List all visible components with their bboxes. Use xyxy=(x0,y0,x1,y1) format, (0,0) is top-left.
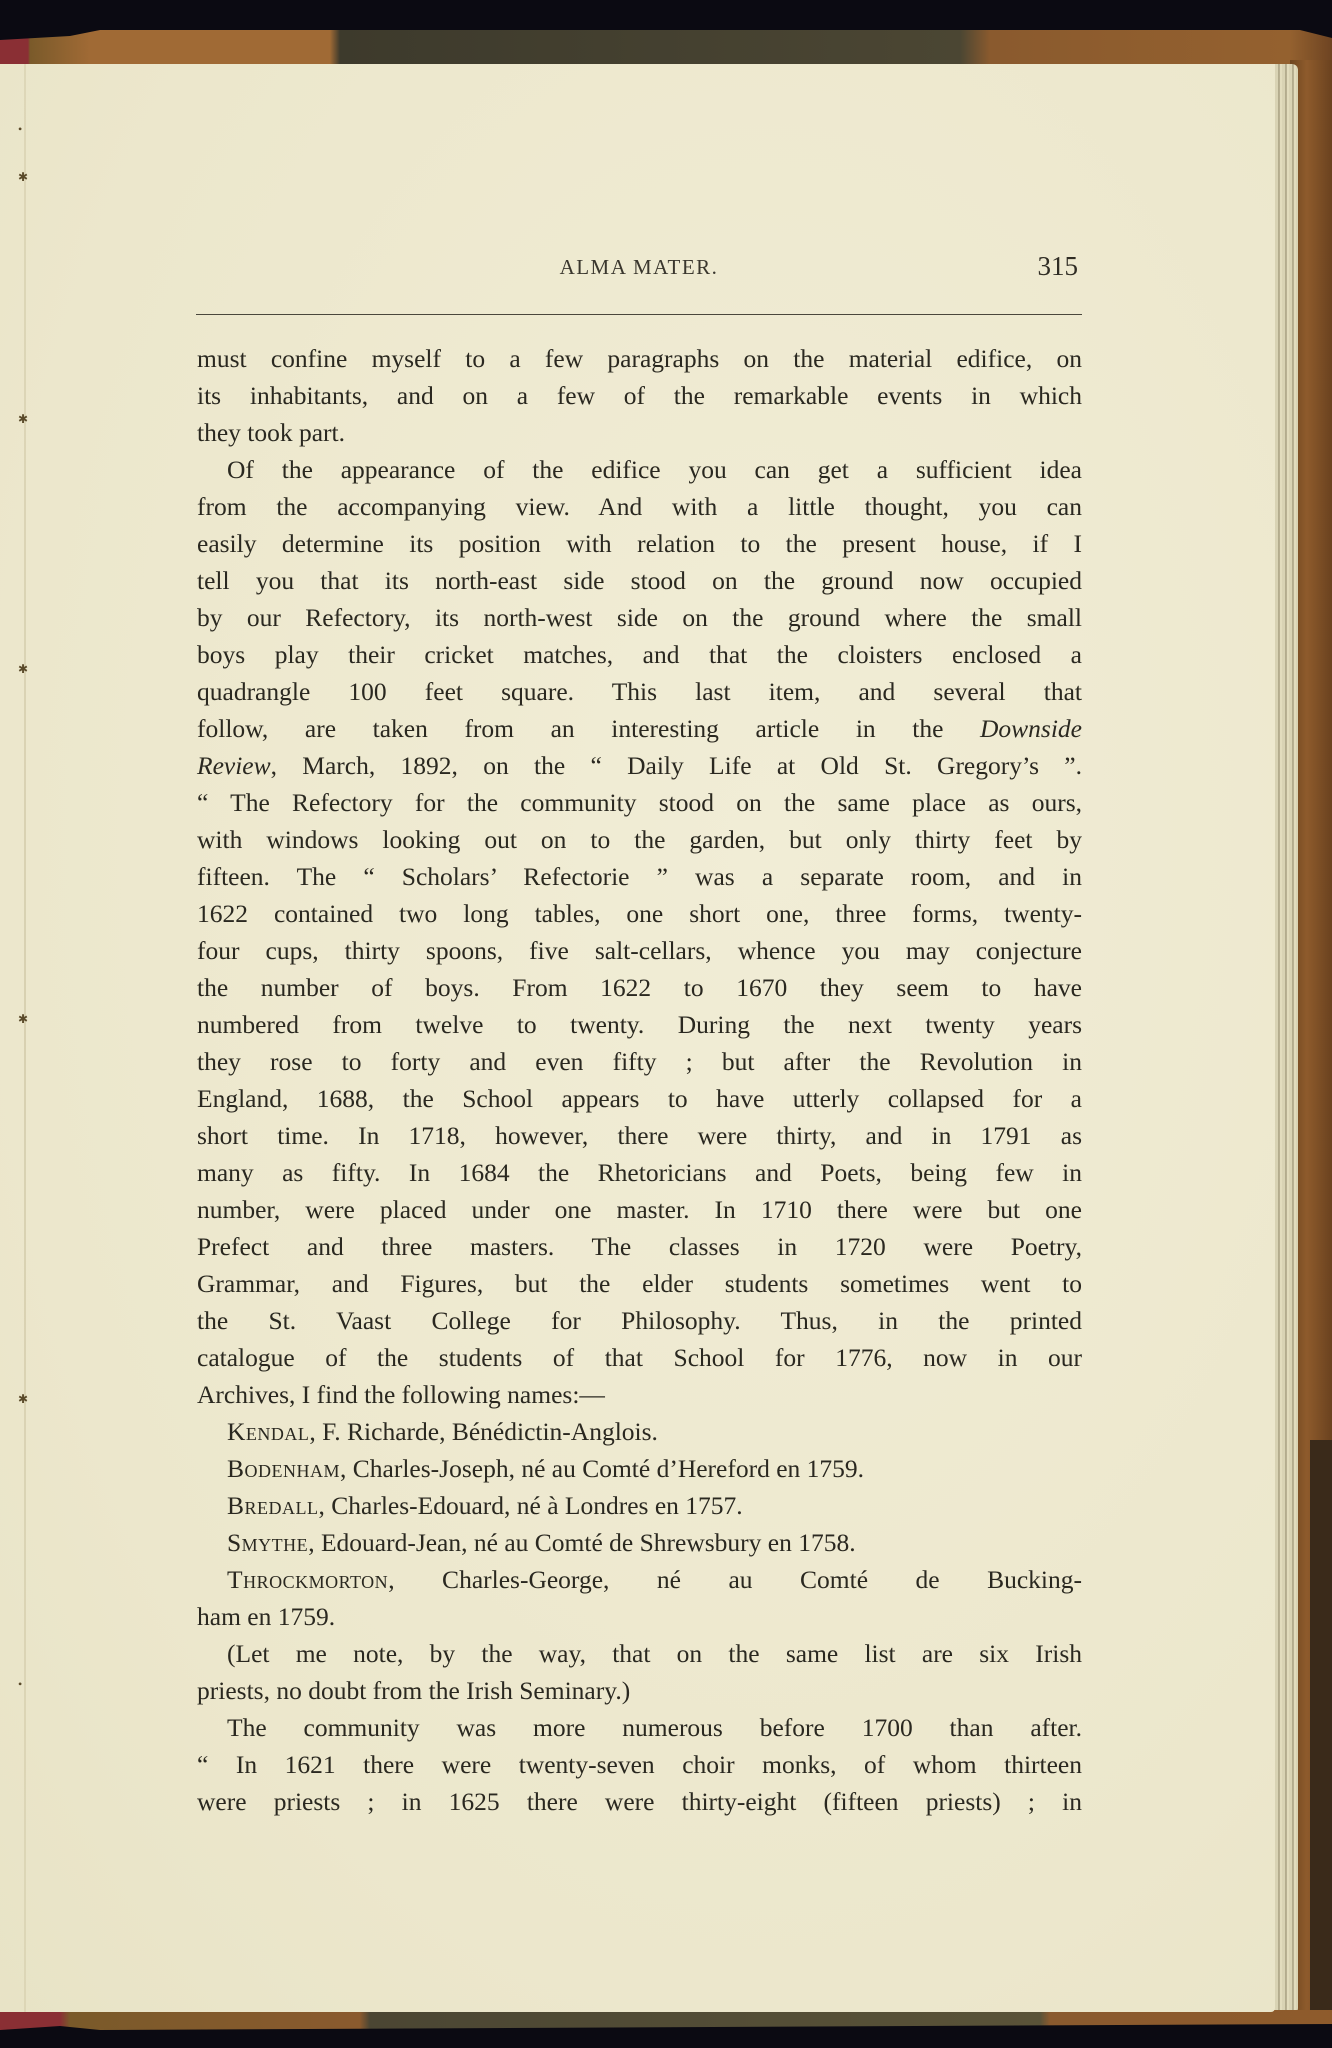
text-line: must confine myself to a few paragraphs … xyxy=(197,340,1082,377)
text-line: by our Refectory, its north-west side on… xyxy=(197,599,1082,636)
student-name-entry: Smythe, Edouard-Jean, né au Comté de Shr… xyxy=(197,1524,1082,1561)
page-number: 315 xyxy=(1038,251,1079,282)
gutter-stitch-icon: ✱ xyxy=(18,1394,28,1404)
text-line: Grammar, and Figures, but the elder stud… xyxy=(197,1265,1082,1302)
text-line: they rose to forty and even fifty ; but … xyxy=(197,1043,1082,1080)
text-line: Archives, I find the following names:— xyxy=(197,1376,1082,1413)
text-line: were priests ; in 1625 there were thirty… xyxy=(197,1783,1082,1820)
gutter-stitch-icon: ✱ xyxy=(18,664,28,674)
journal-title-italic: Review xyxy=(197,751,271,780)
text-line: short time. In 1718, however, there were… xyxy=(197,1117,1082,1154)
student-surname: Bodenham xyxy=(227,1454,340,1483)
book-binding-corner xyxy=(1310,1440,1332,2020)
student-name-entry: Kendal, F. Richarde, Bénédictin-Anglois. xyxy=(197,1413,1082,1450)
text-line: Prefect and three masters. The classes i… xyxy=(197,1228,1082,1265)
student-details: , Charles-Edouard, né à Londres en 1757. xyxy=(319,1491,743,1520)
text-line: “ The Refectory for the community stood … xyxy=(197,784,1082,821)
paragraph-start: Of the appearance of the edifice you can… xyxy=(197,451,1082,488)
student-surname: Bredall xyxy=(227,1491,319,1520)
student-name-entry: Throckmorton, Charles-George, né au Comt… xyxy=(197,1561,1082,1598)
running-title: ALMA MATER. xyxy=(196,255,1082,280)
text-line: follow, are taken from an interesting ar… xyxy=(197,710,1082,747)
text-line: England, 1688, the School appears to hav… xyxy=(197,1080,1082,1117)
text-line: easily determine its position with relat… xyxy=(197,525,1082,562)
running-head: ALMA MATER. 315 xyxy=(196,253,1082,283)
text-fragment: follow, are taken from an interesting ar… xyxy=(197,714,980,743)
gutter-stitch-icon: ✱ xyxy=(18,1014,28,1024)
student-details: , Charles-George, né au Comté de Bucking… xyxy=(388,1565,1082,1594)
paragraph-start: The community was more numerous before 1… xyxy=(197,1709,1082,1746)
text-line: tell you that its north-east side stood … xyxy=(197,562,1082,599)
student-surname: Smythe xyxy=(227,1528,308,1557)
text-line: numbered from twelve to twenty. During t… xyxy=(197,1006,1082,1043)
text-line: number, were placed under one master. In… xyxy=(197,1191,1082,1228)
text-line: the St. Vaast College for Philosophy. Th… xyxy=(197,1302,1082,1339)
text-line: 1622 contained two long tables, one shor… xyxy=(197,895,1082,932)
student-surname: Kendal xyxy=(227,1417,309,1446)
text-line: ham en 1759. xyxy=(197,1598,1082,1635)
text-line: from the accompanying view. And with a l… xyxy=(197,488,1082,525)
text-line: Review, March, 1892, on the “ Daily Life… xyxy=(197,747,1082,784)
text-line: catalogue of the students of that School… xyxy=(197,1339,1082,1376)
text-line: boys play their cricket matches, and tha… xyxy=(197,636,1082,673)
text-line: four cups, thirty spoons, five salt-cell… xyxy=(197,932,1082,969)
book-binding-bottom xyxy=(0,2010,1332,2030)
header-rule xyxy=(196,314,1082,315)
journal-title-italic: Downside xyxy=(980,714,1082,743)
body-text: must confine myself to a few paragraphs … xyxy=(197,340,1082,1820)
text-fragment: , March, 1892, on the “ Daily Life at Ol… xyxy=(271,751,1082,780)
gutter-stitch-icon: ✱ xyxy=(18,172,28,182)
text-line: fifteen. The “ Scholars’ Refectorie ” wa… xyxy=(197,858,1082,895)
paragraph-start: (Let me note, by the way, that on the sa… xyxy=(197,1635,1082,1672)
text-line: they took part. xyxy=(197,414,1082,451)
student-details: , Edouard-Jean, né au Comté de Shrewsbur… xyxy=(308,1528,855,1557)
text-line: many as fifty. In 1684 the Rhetoricians … xyxy=(197,1154,1082,1191)
student-name-entry: Bredall, Charles-Edouard, né à Londres e… xyxy=(197,1487,1082,1524)
text-line: “ In 1621 there were twenty-seven choir … xyxy=(197,1746,1082,1783)
gutter-stitch-icon: ✱ xyxy=(18,414,28,424)
text-line: its inhabitants, and on a few of the rem… xyxy=(197,377,1082,414)
student-details: , Charles-Joseph, né au Comté d’Hereford… xyxy=(340,1454,864,1483)
gutter-stitch-icon: • xyxy=(18,124,28,134)
student-details: , F. Richarde, Bénédictin-Anglois. xyxy=(309,1417,658,1446)
text-line: with windows looking out on to the garde… xyxy=(197,821,1082,858)
book-binding-top xyxy=(0,30,1332,68)
student-surname: Throckmorton xyxy=(227,1565,388,1594)
student-name-entry: Bodenham, Charles-Joseph, né au Comté d’… xyxy=(197,1450,1082,1487)
text-line: quadrangle 100 feet square. This last it… xyxy=(197,673,1082,710)
text-line: priests, no doubt from the Irish Seminar… xyxy=(197,1672,1082,1709)
gutter-line xyxy=(24,64,26,2012)
gutter-stitch-icon: • xyxy=(18,1679,28,1689)
text-line: the number of boys. From 1622 to 1670 th… xyxy=(197,969,1082,1006)
